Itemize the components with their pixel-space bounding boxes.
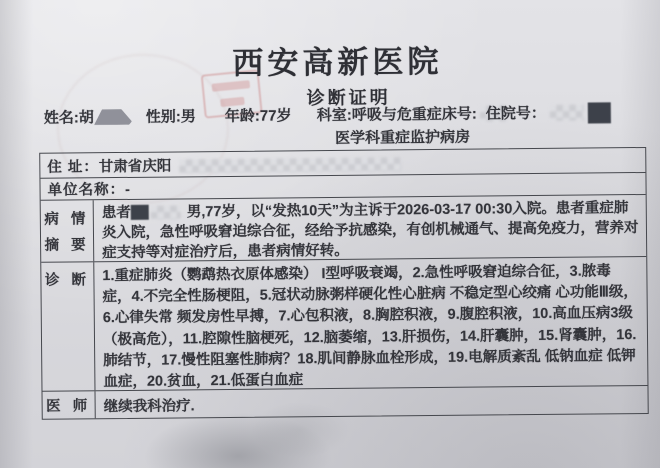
gender-value: 男 [181, 108, 196, 125]
bed-label: 床号: [442, 106, 477, 123]
diagnosis-row: 诊 断 1.重症肺炎（鹦鹉热衣原体感染） I型呼吸衰竭，2.急性呼吸窘迫综合征，… [41, 257, 647, 392]
dept-label: 科室: [317, 107, 352, 124]
summary-prefix: 患者 [102, 205, 131, 221]
photo-surface: 西安高新医院 诊断证明 姓名:胡 性别:男 年龄:77岁 科室:呼吸与危重症床号… [0, 0, 660, 468]
summary-label-line2: 摘 要 [41, 233, 93, 254]
diagnosis-label-text: 诊 断 [41, 268, 93, 289]
dept-value: 呼吸与危重症 [352, 106, 442, 124]
physician-text-cell: 继续我科治疗. [95, 386, 647, 418]
physician-row: 医 师 继续我科治疗. [43, 386, 648, 419]
summary-label-line1: 病 情 [41, 207, 93, 228]
dept-bed-field: 科室:呼吸与危重症床号: [317, 102, 506, 125]
age-field: 年龄:77岁 [225, 104, 292, 126]
unit-value: - [125, 182, 130, 198]
admission-no-field: 住院号： [486, 101, 611, 124]
patient-name-field: 姓名:胡 [44, 106, 132, 128]
summary-text: 男,77岁，以“发热10天”为主诉于2026-03-17 00:30入院。患者重… [102, 200, 639, 261]
name-redaction-blur [94, 109, 132, 125]
admission-no-label: 住院号： [486, 105, 546, 123]
summary-name-dark-redaction [131, 205, 149, 220]
address-label: 住 址： [47, 159, 99, 175]
name-label: 姓名: [44, 109, 79, 126]
diagnosis-text-cell: 1.重症肺炎（鹦鹉热衣原体感染） I型呼吸衰竭，2.急性呼吸窘迫综合征，3.脓毒… [94, 257, 647, 390]
diagnosis-text: 1.重症肺炎（鹦鹉热衣原体感染） I型呼吸衰竭，2.急性呼吸窘迫综合征，3.脓毒… [102, 263, 638, 390]
age-value: 77岁 [260, 107, 292, 124]
physician-label: 医 师 [43, 391, 96, 419]
diagnosis-certificate: 西安高新医院 诊断证明 姓名:胡 性别:男 年龄:77岁 科室:呼吸与危重症床号… [0, 0, 660, 468]
age-label: 年龄: [225, 108, 260, 125]
diagnosis-label: 诊 断 [41, 262, 95, 391]
admission-no-redaction [550, 105, 584, 121]
name-value: 胡 [79, 109, 94, 126]
certificate-table: 住 址：甘肃省庆阳 单位名称：- 病 情 摘 要 患者男,77岁，以“发热10天… [39, 147, 649, 420]
summary-text-cell: 患者男,77岁，以“发热10天”为主诉于2026-03-17 00:30入院。患… [94, 195, 647, 261]
gender-field: 性别:男 [146, 105, 196, 126]
summary-name-redaction [151, 205, 181, 219]
admission-no-dark-redaction [588, 102, 611, 123]
physician-label-text: 医 师 [43, 394, 95, 415]
gender-label: 性别: [146, 108, 181, 125]
physician-text: 继续我科治疗. [104, 398, 195, 415]
summary-label: 病 情 摘 要 [41, 200, 95, 262]
address-value: 甘肃省庆阳 [99, 158, 172, 175]
dept-value-continued: 医学科重症监护病房 [335, 126, 470, 148]
hospital-name: 西安高新医院 [0, 34, 660, 86]
address-redaction [179, 157, 401, 173]
summary-row: 病 情 摘 要 患者男,77岁，以“发热10天”为主诉于2026-03-17 0… [41, 195, 647, 263]
unit-label: 单位名称： [47, 182, 125, 199]
